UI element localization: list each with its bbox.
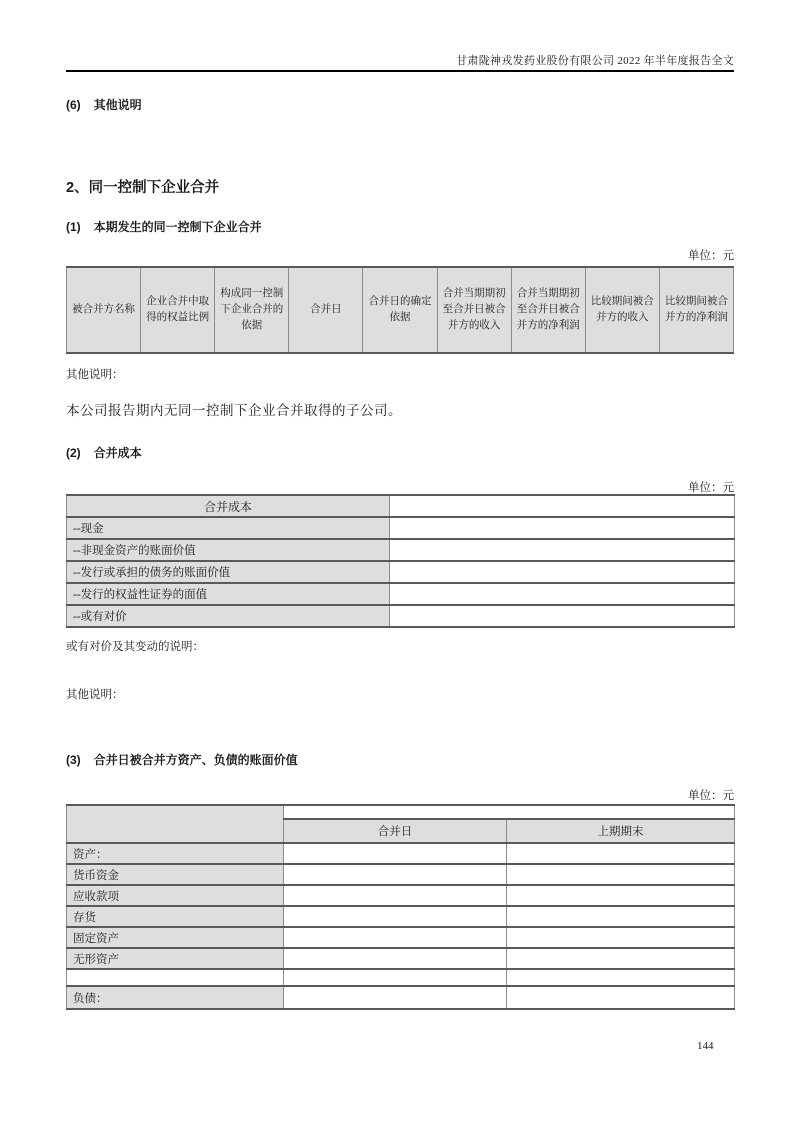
table-cell-empty: [507, 885, 735, 906]
table-cell-empty: [284, 969, 507, 986]
table-row: --现金: [67, 517, 735, 539]
row-label-cell: 存货: [67, 906, 284, 927]
table-cell-empty: [507, 906, 735, 927]
table-cell-empty: [507, 969, 735, 986]
table-cell-empty: [284, 864, 507, 885]
table-header-cell: 企业合并中取得的权益比例: [141, 267, 215, 353]
row-label-cell: 无形资产: [67, 948, 284, 969]
table-row: 固定资产: [67, 927, 735, 948]
unit-label: 单位：元: [66, 247, 734, 263]
page-header-title: 甘肃陇神戎发药业股份有限公司 2022 年半年度报告全文: [66, 52, 734, 68]
heading-text: 合并成本: [94, 446, 142, 460]
table-header-row: 被合并方名称 企业合并中取得的权益比例 构成同一控制下企业合并的依据 合并日 合…: [67, 267, 734, 353]
table-header-cell: 构成同一控制下企业合并的依据: [215, 267, 289, 353]
book-value-table: 合并日 上期期末 资产： 货币资金 应收款项 存货 固定资产: [66, 804, 735, 1010]
table-cell-empty: [284, 805, 735, 819]
table-header-cell: 合并日: [284, 819, 507, 843]
row-label-cell: 资产：: [67, 843, 284, 864]
other-note-label: 其他说明：: [66, 686, 734, 702]
heading-number: (6): [66, 98, 81, 112]
table-row: --发行的权益性证券的面值: [67, 583, 735, 605]
table-row: 应收款项: [67, 885, 735, 906]
heading-number: (1): [66, 220, 81, 234]
no-merger-statement: 本公司报告期内无同一控制下企业合并取得的子公司。: [66, 399, 734, 419]
table-cell-empty: [284, 843, 507, 864]
table-row: 负债：: [67, 986, 735, 1009]
other-note-label: 其他说明：: [66, 366, 734, 382]
table-row: 货币资金: [67, 864, 735, 885]
table-header-cell: 合并日的确定依据: [363, 267, 437, 353]
row-label-cell: --非现金资产的账面价值: [67, 539, 390, 561]
row-label-cell: [67, 969, 284, 986]
table-row: --或有对价: [67, 605, 735, 627]
table-cell-empty: [390, 583, 735, 605]
document-page: 甘肃陇神戎发药业股份有限公司 2022 年半年度报告全文 (6)其他说明 2、同…: [0, 0, 793, 1122]
unit-label: 单位：元: [66, 479, 734, 495]
row-label-cell: 应收款项: [67, 885, 284, 906]
row-label-cell: --现金: [67, 517, 390, 539]
heading-number: (3): [66, 753, 81, 767]
heading-text: 本期发生的同一控制下企业合并: [94, 220, 262, 234]
heading-subsection-2: (2)合并成本: [66, 444, 734, 461]
table-header-cell: 被合并方名称: [67, 267, 141, 353]
table-cell-empty: [284, 948, 507, 969]
table-cell-empty: [507, 986, 735, 1009]
heading-text: 其他说明: [94, 98, 142, 112]
table-header-cell: 合并当期期初至合并日被合并方的收入: [437, 267, 511, 353]
merger-under-common-control-table: 被合并方名称 企业合并中取得的权益比例 构成同一控制下企业合并的依据 合并日 合…: [66, 266, 734, 354]
table-header-cell: 比较期间被合并方的净利润: [659, 267, 733, 353]
row-label-cell: --发行或承担的债务的账面价值: [67, 561, 390, 583]
table-row: 存货: [67, 906, 735, 927]
table-row: --发行或承担的债务的账面价值: [67, 561, 735, 583]
heading-number: (2): [66, 446, 81, 460]
table-row: 资产：: [67, 843, 735, 864]
merger-cost-table: 合并成本 --现金 --非现金资产的账面价值 --发行或承担的债务的账面价值 -…: [66, 494, 735, 628]
table-cell-empty: [507, 948, 735, 969]
contingent-consideration-note-label: 或有对价及其变动的说明：: [66, 638, 734, 654]
table-cell-empty: [507, 864, 735, 885]
table-corner-cell: [67, 805, 284, 843]
table-cell-empty: [284, 906, 507, 927]
row-label-cell: 负债：: [67, 986, 284, 1009]
unit-label: 单位：元: [66, 787, 734, 803]
header-rule: [66, 70, 734, 72]
table-row-empty: [67, 969, 735, 986]
table-row: 无形资产: [67, 948, 735, 969]
table-header-cell: 比较期间被合并方的收入: [585, 267, 659, 353]
row-label-cell: 货币资金: [67, 864, 284, 885]
table-cell-empty: [390, 561, 735, 583]
page-number: 144: [697, 1040, 714, 1052]
table-header-row: 合并成本: [67, 495, 735, 517]
heading-subsection-1: (1)本期发生的同一控制下企业合并: [66, 218, 734, 235]
heading-section-2: 2、同一控制下企业合并: [66, 176, 734, 197]
table-cell-empty: [507, 927, 735, 948]
table-header-cell: 合并日: [289, 267, 363, 353]
table-header-row: [67, 805, 735, 819]
heading-subsection-3: (3)合并日被合并方资产、负债的账面价值: [66, 751, 734, 768]
table-cell-empty: [507, 843, 735, 864]
table-cell-empty: [390, 539, 735, 561]
heading-text: 合并日被合并方资产、负债的账面价值: [94, 753, 298, 767]
table-header-cell: 合并成本: [67, 495, 390, 517]
table-row: --非现金资产的账面价值: [67, 539, 735, 561]
table-cell-empty: [284, 885, 507, 906]
table-cell-empty: [284, 986, 507, 1009]
row-label-cell: --发行的权益性证券的面值: [67, 583, 390, 605]
heading-section-6: (6)其他说明: [66, 96, 734, 113]
table-header-cell: 上期期末: [507, 819, 735, 843]
row-label-cell: --或有对价: [67, 605, 390, 627]
table-cell-empty: [390, 517, 735, 539]
table-cell-empty: [284, 927, 507, 948]
table-header-cell: 合并当期期初至合并日被合并方的净利润: [511, 267, 585, 353]
row-label-cell: 固定资产: [67, 927, 284, 948]
table-cell-empty: [390, 605, 735, 627]
table-cell-empty: [390, 495, 735, 517]
